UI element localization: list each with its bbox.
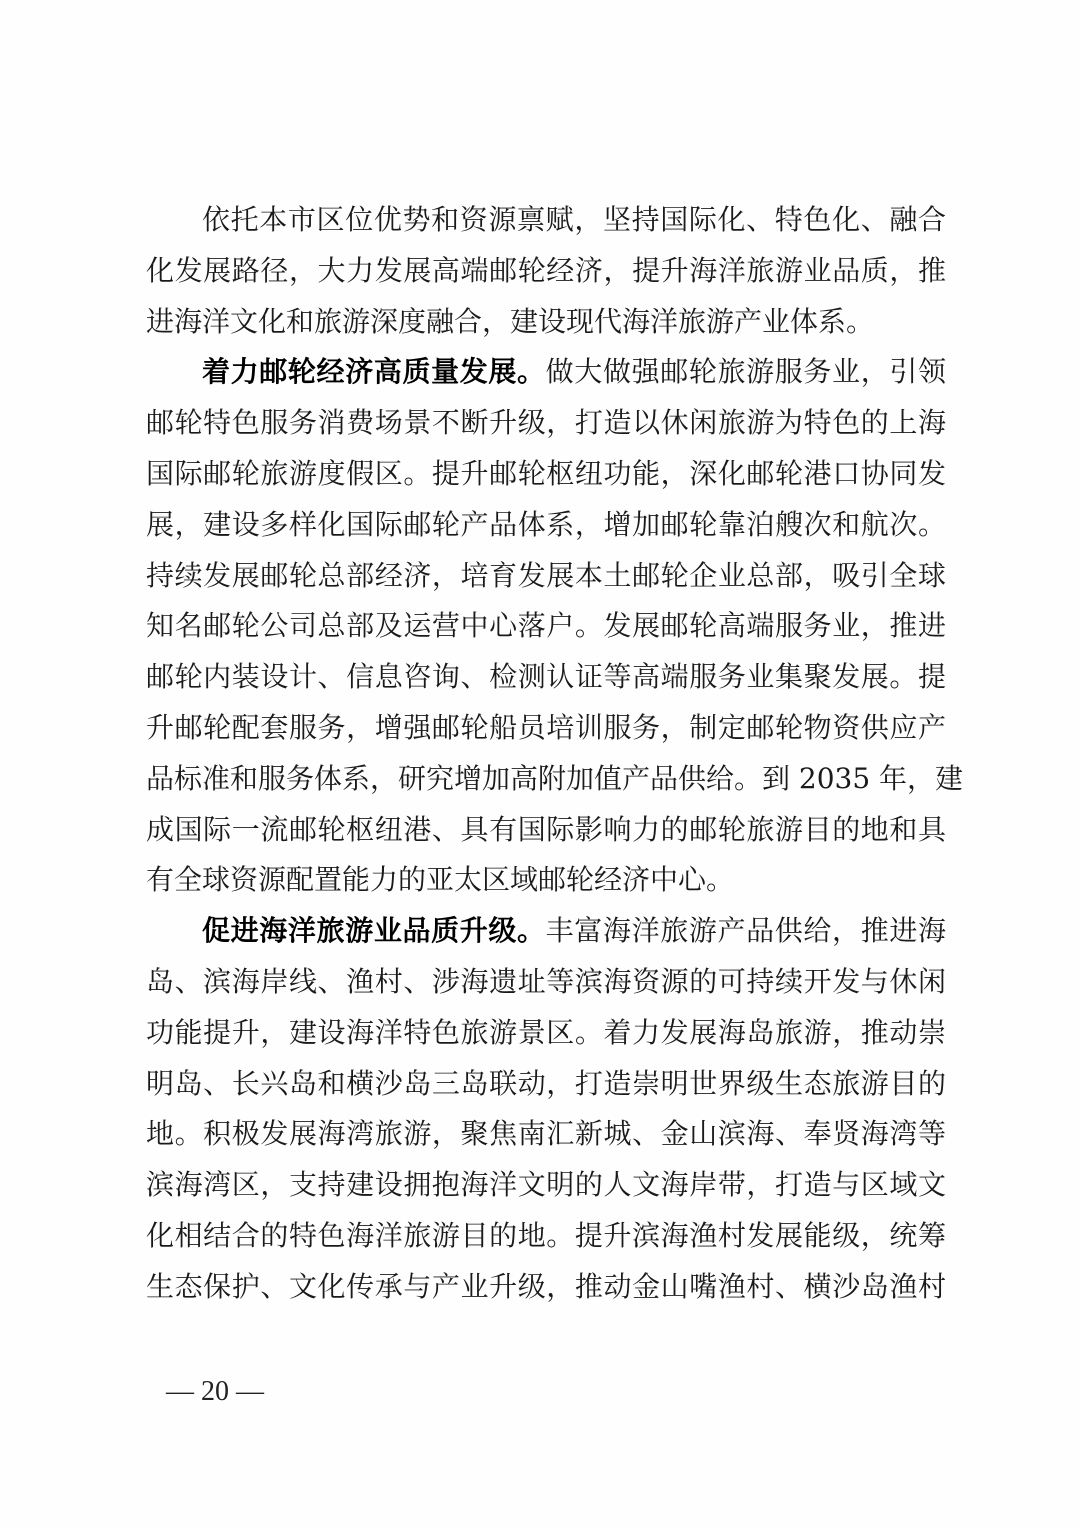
paragraph-3-line-2: 岛、滨海岸线、渔村、涉海遗址等滨海资源的可持续开发与休闲	[146, 957, 946, 1008]
paragraph-1-line-2: 化发展路径，大力发展高端邮轮经济，提升海洋旅游业品质，推	[146, 246, 946, 297]
paragraph-1-line-1: 依托本市区位优势和资源禀赋，坚持国际化、特色化、融合	[146, 195, 946, 246]
paragraph-3-line-3: 功能提升，建设海洋特色旅游景区。着力发展海岛旅游，推动崇	[146, 1008, 946, 1059]
paragraph-2-heading: 着力邮轮经济高质量发展。	[202, 355, 546, 388]
document-body: 依托本市区位优势和资源禀赋，坚持国际化、特色化、融合 化发展路径，大力发展高端邮…	[146, 195, 946, 1313]
paragraph-3-heading: 促进海洋旅游业品质升级。	[202, 914, 546, 947]
page-number: — 20 —	[166, 1376, 264, 1408]
paragraph-2-line-6: 知名邮轮公司总部及运营中心落户。发展邮轮高端服务业，推进	[146, 601, 946, 652]
paragraph-2-line-11: 有全球资源配置能力的亚太区域邮轮经济中心。	[146, 855, 946, 906]
paragraph-3-line-1: 促进海洋旅游业品质升级。丰富海洋旅游产品供给，推进海	[146, 906, 946, 957]
paragraph-2-line-5: 持续发展邮轮总部经济，培育发展本土邮轮企业总部，吸引全球	[146, 551, 946, 602]
paragraph-3-line-1-text: 丰富海洋旅游产品供给，推进海	[546, 914, 946, 947]
paragraph-1-line-3: 进海洋文化和旅游深度融合，建设现代海洋旅游产业体系。	[146, 297, 946, 348]
paragraph-3-line-7: 化相结合的特色海洋旅游目的地。提升滨海渔村发展能级，统筹	[146, 1211, 946, 1262]
paragraph-2-line-3: 国际邮轮旅游度假区。提升邮轮枢纽功能，深化邮轮港口协同发	[146, 449, 946, 500]
paragraph-3-line-5: 地。积极发展海湾旅游，聚焦南汇新城、金山滨海、奉贤海湾等	[146, 1109, 946, 1160]
document-page: 依托本市区位优势和资源禀赋，坚持国际化、特色化、融合 化发展路径，大力发展高端邮…	[0, 0, 1080, 1528]
paragraph-2-line-4: 展，建设多样化国际邮轮产品体系，增加邮轮靠泊艘次和航次。	[146, 500, 946, 551]
paragraph-3-line-8: 生态保护、文化传承与产业升级，推动金山嘴渔村、横沙岛渔村	[146, 1262, 946, 1313]
paragraph-3-line-4: 明岛、长兴岛和横沙岛三岛联动，打造崇明世界级生态旅游目的	[146, 1059, 946, 1110]
paragraph-2-line-10: 成国际一流邮轮枢纽港、具有国际影响力的邮轮旅游目的地和具	[146, 805, 946, 856]
paragraph-2-line-8: 升邮轮配套服务，增强邮轮船员培训服务，制定邮轮物资供应产	[146, 703, 946, 754]
paragraph-3-line-6: 滨海湾区，支持建设拥抱海洋文明的人文海岸带，打造与区域文	[146, 1160, 946, 1211]
paragraph-2-line-1-text: 做大做强邮轮旅游服务业，引领	[546, 355, 946, 388]
paragraph-2-line-2: 邮轮特色服务消费场景不断升级，打造以休闲旅游为特色的上海	[146, 398, 946, 449]
paragraph-2-line-9: 品标准和服务体系，研究增加高附加值产品供给。到 2035 年，建	[146, 754, 946, 805]
paragraph-2-line-7: 邮轮内装设计、信息咨询、检测认证等高端服务业集聚发展。提	[146, 652, 946, 703]
paragraph-2-line-1: 着力邮轮经济高质量发展。做大做强邮轮旅游服务业，引领	[146, 347, 946, 398]
